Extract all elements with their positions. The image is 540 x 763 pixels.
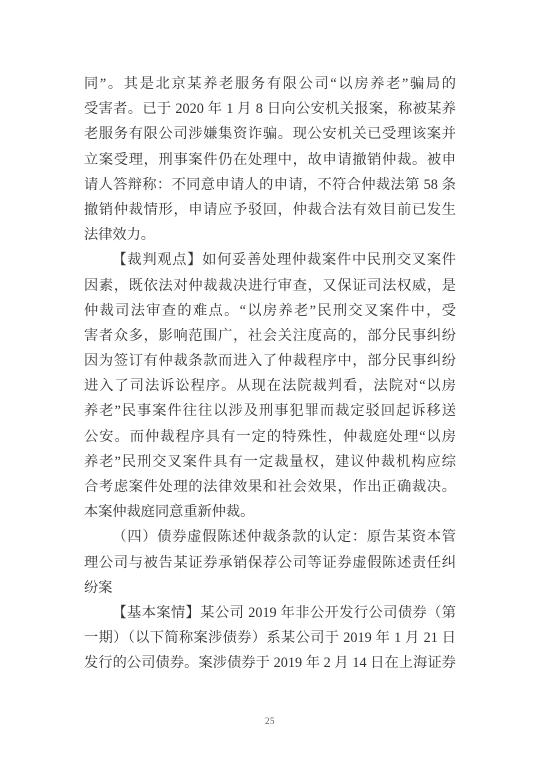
text-line: 同”。其是北京某养老服务有限公司“以房养老”骗局的 [84,72,456,97]
text-line: 一期）（以下简称案涉债券）系某公司于 2019 年 1 月 21 日 [84,626,456,651]
text-line: 合考虑案件处理的法律效果和社会效果，作出正确裁决。 [84,475,456,500]
page-number: 25 [0,716,540,726]
text-line: 公安。而仲裁程序具有一定的特殊性，仲裁庭处理“以房 [84,425,456,450]
text-line: 撤销仲裁情形，申请应予驳回，仲裁合法有效目前已发生 [84,198,456,223]
document-page: 同”。其是北京某养老服务有限公司“以房养老”骗局的 受害者。已于 2020 年 … [0,0,540,763]
text-line: 因素，既依法对仲裁裁决进行审查，又保证司法权威，是 [84,274,456,299]
page-text: 同”。其是北京某养老服务有限公司“以房养老”骗局的 受害者。已于 2020 年 … [84,72,456,677]
text-line: 理公司与被告某证券承销保荐公司等证券虚假陈述责任纠 [84,551,456,576]
text-line: 发行的公司债券。案涉债券于 2019 年 2 月 14 日在上海证券 [84,651,456,676]
text-line: 进入了司法诉讼程序。从现在法院裁判看，法院对“以房 [84,374,456,399]
text-line: 因为签订有仲裁条款而进入了仲裁程序中，部分民事纠纷 [84,349,456,374]
text-line: 养老”民事案件往往以涉及刑事犯罪而裁定驳回起诉移送 [84,399,456,424]
text-line: 纷案 [84,576,456,601]
text-line: 【裁判观点】如何妥善处理仲裁案件中民刑交叉案件 [84,248,456,273]
text-line: 【基本案情】某公司 2019 年非公开发行公司债券（第 [84,601,456,626]
text-line: 立案受理，刑事案件仍在处理中，故申请撤销仲裁。被申 [84,148,456,173]
text-line: 仲裁司法审查的难点。“以房养老”民刑交叉案件中，受 [84,299,456,324]
text-line: 受害者。已于 2020 年 1 月 8 日向公安机关报案，称被某养 [84,97,456,122]
text-line: 请人答辩称：不同意申请人的申请，不符合仲裁法第 58 条 [84,173,456,198]
text-line: （四）债券虚假陈述仲裁条款的认定：原告某资本管 [84,525,456,550]
text-line: 养老”民刑交叉案件具有一定裁量权，建议仲裁机构应综 [84,450,456,475]
text-line: 害者众多，影响范围广，社会关注度高的，部分民事纠纷 [84,324,456,349]
text-line: 本案仲裁庭同意重新仲裁。 [84,500,456,525]
text-line: 法律效力。 [84,223,456,248]
text-line: 老服务有限公司涉嫌集资诈骗。现公安机关已受理该案并 [84,122,456,147]
